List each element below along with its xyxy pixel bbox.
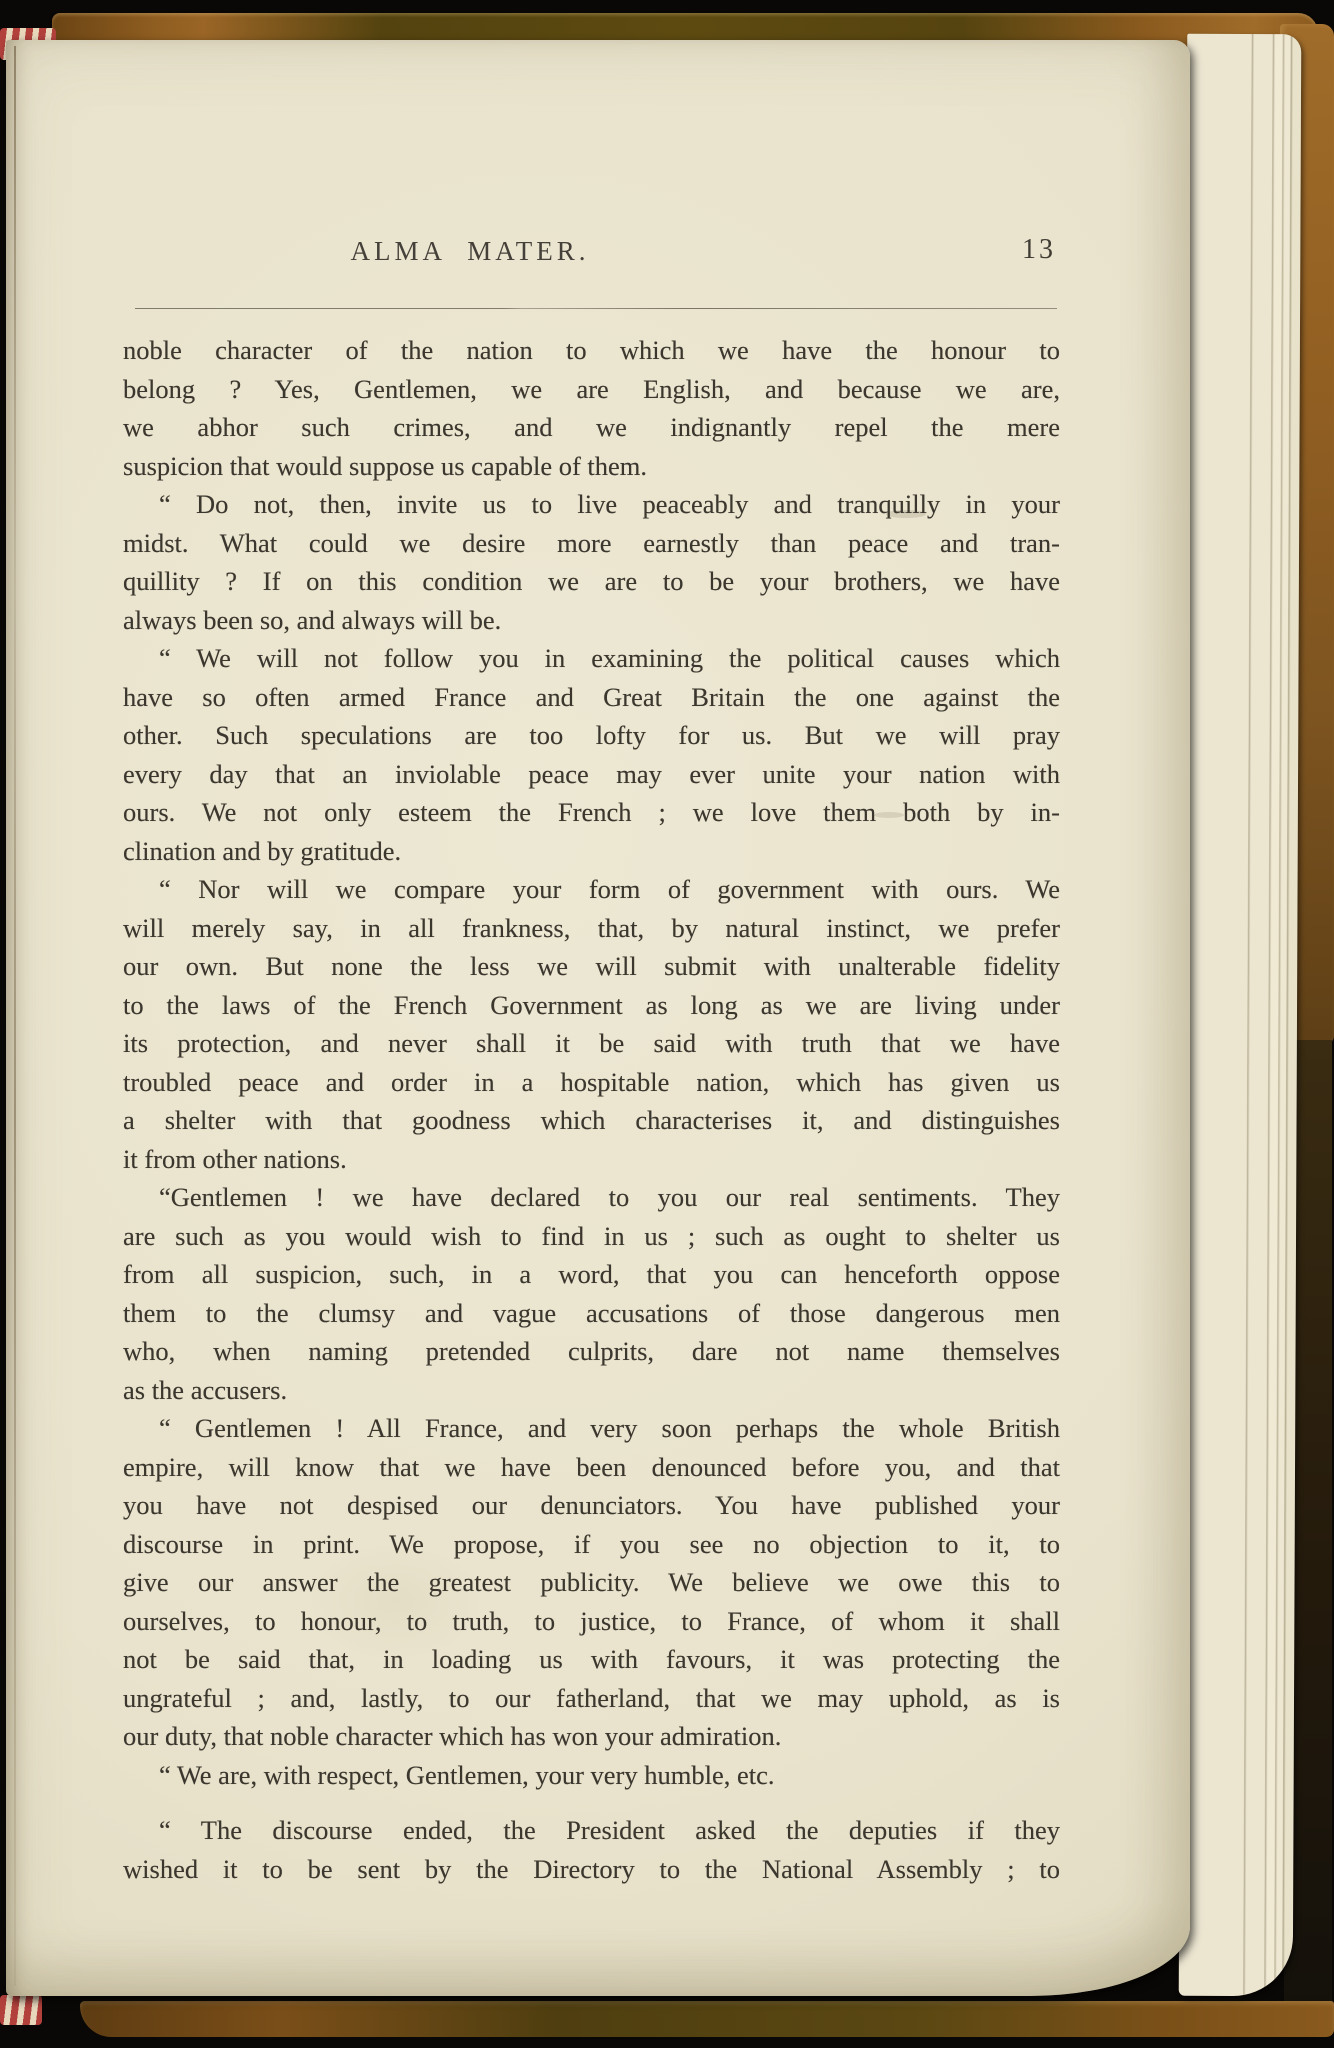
text-line: quillity ? If on this condition we are t… bbox=[123, 562, 1060, 601]
text-line: “ We are, with respect, Gentlemen, your … bbox=[123, 1756, 1060, 1795]
text-line: “ Do not, then, invite us to live peacea… bbox=[123, 485, 1060, 524]
page-number: 13 bbox=[1022, 234, 1056, 266]
text-line: “Gentlemen ! we have declared to you our… bbox=[123, 1178, 1060, 1217]
text-line: “ The discourse ended, the President ask… bbox=[123, 1811, 1060, 1850]
gutter-seam bbox=[14, 46, 16, 1986]
running-head: ALMA MATER. bbox=[350, 236, 589, 267]
text-line: always been so, and always will be. bbox=[123, 601, 1060, 640]
text-line: noble character of the nation to which w… bbox=[123, 331, 1060, 370]
book-photo: { "book_page": { "running_head": "ALMA M… bbox=[0, 0, 1334, 2048]
text-line: “ Nor will we compare your form of gover… bbox=[123, 870, 1060, 909]
paragraph: “ We are, with respect, Gentlemen, your … bbox=[123, 1756, 1060, 1795]
text-line: our duty, that noble character which has… bbox=[123, 1717, 1060, 1756]
text-line: who, when naming pretended culprits, dar… bbox=[123, 1332, 1060, 1371]
header-rule bbox=[135, 308, 1057, 309]
paragraph: “ Do not, then, invite us to live peacea… bbox=[123, 485, 1060, 639]
text-line: “ We will not follow you in examining th… bbox=[123, 639, 1060, 678]
text-line: it from other nations. bbox=[123, 1140, 1060, 1179]
book-page: ALMA MATER. 13 noble character of the na… bbox=[6, 40, 1190, 1996]
text-line: every day that an inviolable peace may e… bbox=[123, 755, 1060, 794]
body-text: noble character of the nation to which w… bbox=[123, 331, 1060, 1888]
text-line: our own. But none the less we will submi… bbox=[123, 947, 1060, 986]
paragraph: “ The discourse ended, the President ask… bbox=[123, 1811, 1060, 1888]
text-line: as the accusers. bbox=[123, 1371, 1060, 1410]
text-line: its protection, and never shall it be sa… bbox=[123, 1024, 1060, 1063]
text-line: ours. We not only esteem the French ; we… bbox=[123, 793, 1060, 832]
book-cover-bottom-edge bbox=[80, 2001, 1334, 2037]
text-line: we abhor such crimes, and we indignantly… bbox=[123, 408, 1060, 447]
text-line: not be said that, in loading us with fav… bbox=[123, 1640, 1060, 1679]
text-line: you have not despised our denunciators. … bbox=[123, 1486, 1060, 1525]
type-area: ALMA MATER. 13 noble character of the na… bbox=[123, 40, 1060, 1996]
text-line: empire, will know that we have been deno… bbox=[123, 1448, 1060, 1487]
text-line: troubled peace and order in a hospitable… bbox=[123, 1063, 1060, 1102]
text-line: other. Such speculations are too lofty f… bbox=[123, 716, 1060, 755]
text-line: belong ? Yes, Gentlemen, we are English,… bbox=[123, 370, 1060, 409]
text-line: a shelter with that goodness which chara… bbox=[123, 1101, 1060, 1140]
fore-edge-page-stack bbox=[1179, 34, 1302, 1996]
paragraph: “ We will not follow you in examining th… bbox=[123, 639, 1060, 870]
text-line: “ Gentlemen ! All France, and very soon … bbox=[123, 1409, 1060, 1448]
headband-bottom bbox=[0, 1995, 42, 2025]
paragraph: noble character of the nation to which w… bbox=[123, 331, 1060, 485]
text-line: from all suspicion, such, in a word, tha… bbox=[123, 1255, 1060, 1294]
text-line: wished it to be sent by the Directory to… bbox=[123, 1850, 1060, 1889]
text-line: to the laws of the French Government as … bbox=[123, 986, 1060, 1025]
text-line: clination and by gratitude. bbox=[123, 832, 1060, 871]
paragraph: “ Gentlemen ! All France, and very soon … bbox=[123, 1409, 1060, 1756]
text-line: suspicion that would suppose us capable … bbox=[123, 447, 1060, 486]
text-line: are such as you would wish to find in us… bbox=[123, 1217, 1060, 1256]
text-line: have so often armed France and Great Bri… bbox=[123, 678, 1060, 717]
text-line: discourse in print. We propose, if you s… bbox=[123, 1525, 1060, 1564]
text-line: midst. What could we desire more earnest… bbox=[123, 524, 1060, 563]
paragraph: “Gentlemen ! we have declared to you our… bbox=[123, 1178, 1060, 1409]
text-line: give our answer the greatest publicity. … bbox=[123, 1563, 1060, 1602]
paragraph: “ Nor will we compare your form of gover… bbox=[123, 870, 1060, 1178]
text-line: will merely say, in all frankness, that,… bbox=[123, 909, 1060, 948]
text-line: ourselves, to honour, to truth, to justi… bbox=[123, 1602, 1060, 1641]
text-line: them to the clumsy and vague accusations… bbox=[123, 1294, 1060, 1333]
text-line: ungrateful ; and, lastly, to our fatherl… bbox=[123, 1679, 1060, 1718]
